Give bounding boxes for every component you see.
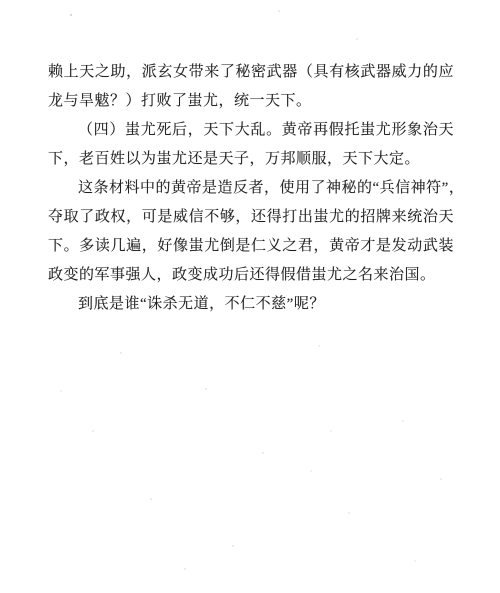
scanned-book-page: 赖上天之助，派玄女带来了秘密武器（具有核武器威力的应龙与旱魃？）打败了蚩尤，统一… — [0, 0, 500, 593]
text-line: 下。多读几遍，好像蚩尤倒是仁义之君，黄帝才是发动武装 — [48, 232, 454, 261]
text-line: （四）蚩尤死后，天下大乱。黄帝再假托蚩尤形象治天 — [48, 116, 454, 145]
text-line: 政变的军事强人，政变成功后还得假借蚩尤之名来治国。 — [48, 261, 454, 290]
text-line: 这条材料中的黄帝是造反者，使用了神秘的“兵信神符”， — [48, 174, 454, 203]
text-line: 龙与旱魃？）打败了蚩尤，统一天下。 — [48, 87, 454, 116]
text-line: 赖上天之助，派玄女带来了秘密武器（具有核武器威力的应 — [48, 58, 454, 87]
text-line: 夺取了政权，可是威信不够，还得打出蚩尤的招牌来统治天 — [48, 203, 454, 232]
body-text-block: 赖上天之助，派玄女带来了秘密武器（具有核武器威力的应龙与旱魃？）打败了蚩尤，统一… — [48, 58, 454, 319]
scan-noise — [0, 0, 2, 2]
text-line: 下，老百姓以为蚩尤还是天子，万邦顺服，天下大定。 — [48, 145, 454, 174]
text-line: 到底是谁“诛杀无道，不仁不慈”呢？ — [48, 290, 454, 319]
